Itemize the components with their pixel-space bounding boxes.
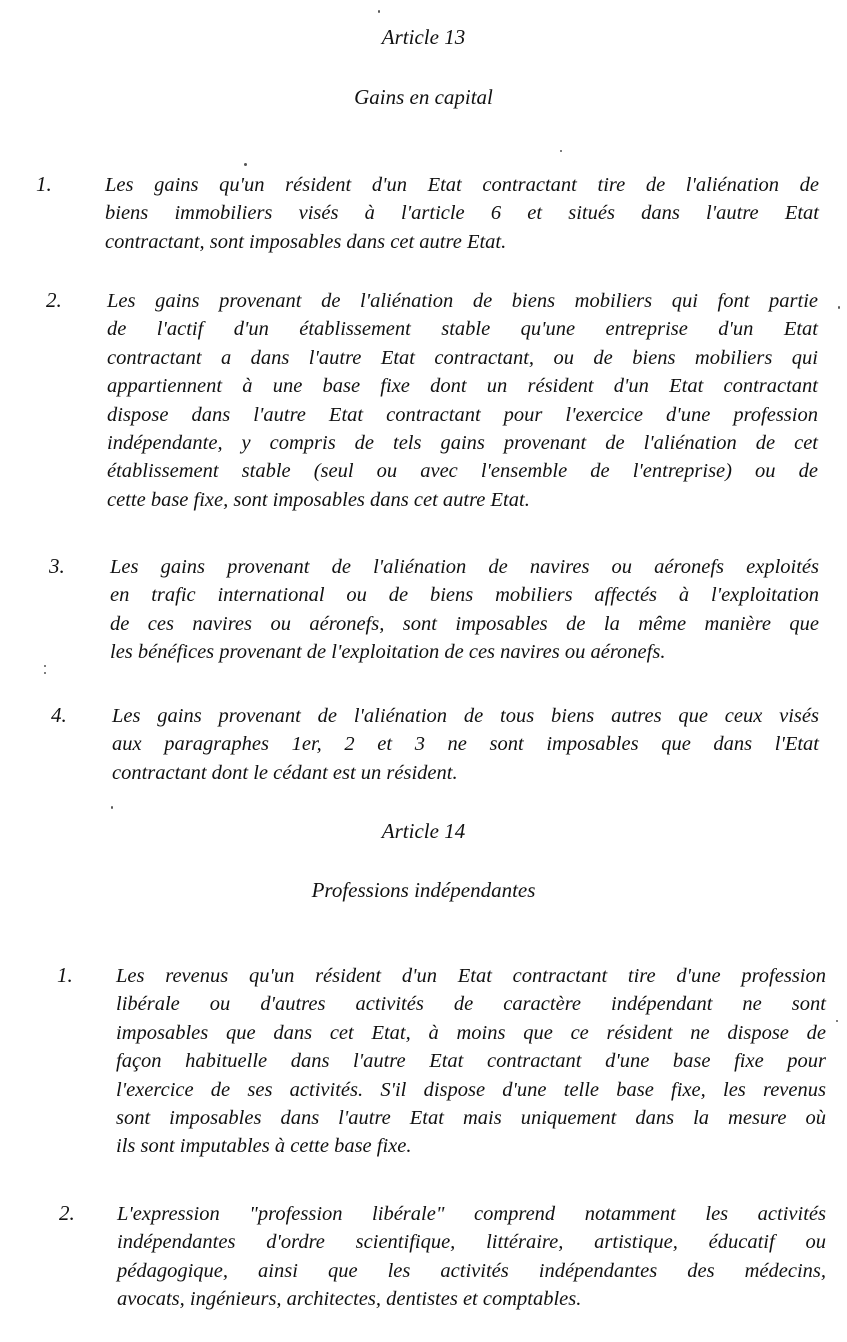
paragraph-line: contractant dont le cédant est un réside… <box>112 759 819 787</box>
paragraph-line: imposables que dans cet Etat, à moins qu… <box>116 1019 826 1047</box>
paragraph-line: dispose dans l'autre Etat contractant po… <box>107 401 818 429</box>
paragraph-number: 2. <box>59 1200 75 1226</box>
paragraph-number: 3. <box>49 553 65 579</box>
article-14-title: Article 14 <box>0 818 847 844</box>
paragraph-line: façon habituelle dans l'autre Etat contr… <box>116 1047 826 1075</box>
scan-speck <box>378 10 380 13</box>
paragraph-line: aux paragraphes 1er, 2 et 3 ne sont impo… <box>112 730 819 758</box>
paragraph-line: de ces navires ou aéronefs, sont imposab… <box>110 610 819 638</box>
scan-speck <box>44 665 46 667</box>
article-13-subtitle: Gains en capital <box>0 84 847 110</box>
paragraph-line: pédagogique, ainsi que les activités ind… <box>117 1257 826 1285</box>
paragraph-line: libérale ou d'autres activités de caract… <box>116 990 826 1018</box>
article-13-title: Article 13 <box>0 24 847 50</box>
paragraph-line: Les revenus qu'un résident d'un Etat con… <box>116 962 826 990</box>
paragraph-number: 2. <box>46 287 62 313</box>
paragraph-line: indépendantes d'ordre scientifique, litt… <box>117 1228 826 1256</box>
paragraph-line: sont imposables dans l'autre Etat mais u… <box>116 1104 826 1132</box>
article-14-subtitle: Professions indépendantes <box>0 877 847 903</box>
paragraph-line: les bénéfices provenant de l'exploitatio… <box>110 638 819 666</box>
paragraph-line: contractant, sont imposables dans cet au… <box>105 228 819 256</box>
document-page: Article 13 Gains en capital 1. Les gains… <box>0 0 847 1342</box>
paragraph-line: Les gains provenant de l'aliénation de b… <box>107 287 818 315</box>
paragraph-line: appartiennent à une base fixe dont un ré… <box>107 372 818 400</box>
paragraph-line: cette base fixe, sont imposables dans ce… <box>107 486 818 514</box>
paragraph-number: 4. <box>51 702 67 728</box>
paragraph-line: de l'actif d'un établissement stable qu'… <box>107 315 818 343</box>
scan-speck <box>244 163 247 166</box>
paragraph-line: avocats, ingénieurs, architectes, dentis… <box>117 1285 826 1313</box>
paragraph-line: Les gains provenant de l'aliénation de t… <box>112 702 819 730</box>
scan-speck <box>44 672 46 674</box>
paragraph-line: ils sont imputables à cette base fixe. <box>116 1132 826 1160</box>
paragraph-line: Les gains provenant de l'aliénation de n… <box>110 553 819 581</box>
scan-speck <box>838 306 840 309</box>
paragraph-line: contractant a dans l'autre Etat contract… <box>107 344 818 372</box>
scan-speck <box>836 1020 838 1022</box>
scan-speck <box>246 1295 248 1298</box>
scan-speck <box>111 806 113 809</box>
paragraph-line: établissement stable (seul ou avec l'ens… <box>107 457 818 485</box>
paragraph-line: L'expression "profession libérale" compr… <box>117 1200 826 1228</box>
scan-speck <box>560 150 562 152</box>
paragraph-line: Les gains qu'un résident d'un Etat contr… <box>105 171 819 199</box>
paragraph-line: biens immobiliers visés à l'article 6 et… <box>105 199 819 227</box>
paragraph-line: indépendante, y compris de tels gains pr… <box>107 429 818 457</box>
paragraph-number: 1. <box>36 171 52 197</box>
paragraph-line: l'exercice de ses activités. S'il dispos… <box>116 1076 826 1104</box>
paragraph-line: en trafic international ou de biens mobi… <box>110 581 819 609</box>
paragraph-number: 1. <box>57 962 73 988</box>
